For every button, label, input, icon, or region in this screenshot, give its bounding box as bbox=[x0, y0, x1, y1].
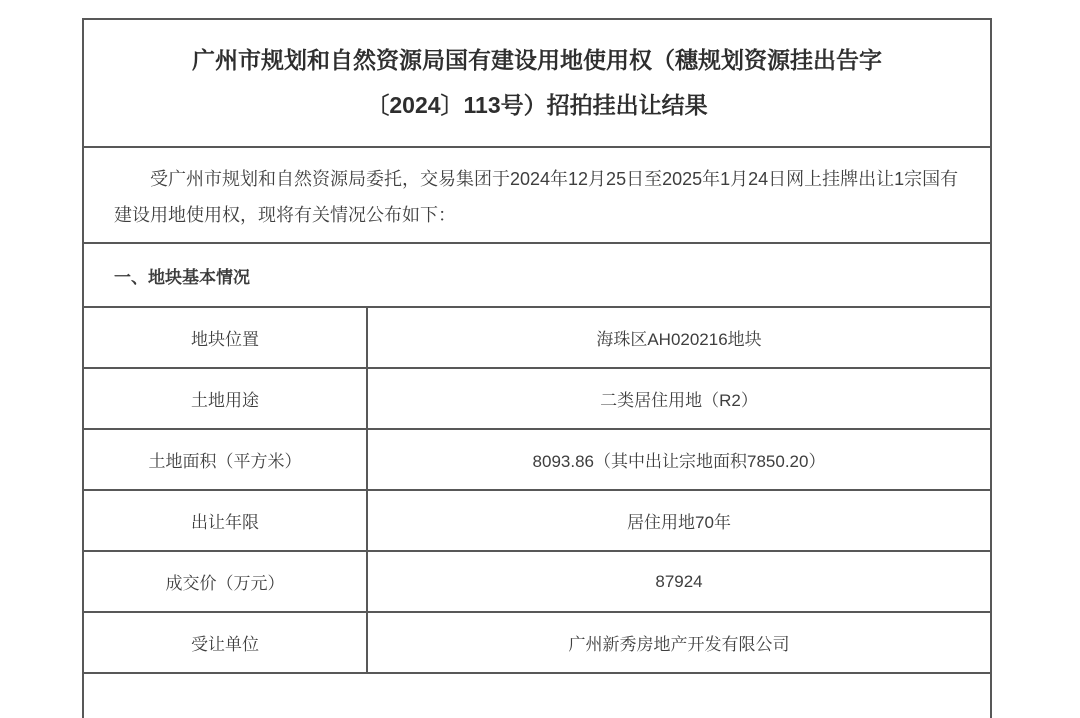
row-label: 成交价（万元） bbox=[84, 552, 368, 611]
table-row: 土地用途 二类居住用地（R2） bbox=[84, 369, 990, 430]
section-heading-text: 一、地块基本情况 bbox=[114, 263, 250, 288]
table-row: 受让单位 广州新秀房地产开发有限公司 bbox=[84, 613, 990, 674]
row-label: 地块位置 bbox=[84, 308, 368, 367]
table-row: 土地面积（平方米） 8093.86（其中出让宗地面积7850.20） bbox=[84, 430, 990, 491]
row-value: 广州新秀房地产开发有限公司 bbox=[368, 613, 990, 672]
intro-paragraph: 受广州市规划和自然资源局委托，交易集团于2024年12月25日至2025年1月2… bbox=[114, 161, 960, 233]
row-value: 二类居住用地（R2） bbox=[368, 369, 990, 428]
table-row: 成交价（万元） 87924 bbox=[84, 552, 990, 613]
announcement-document: 广州市规划和自然资源局国有建设用地使用权（穗规划资源挂出告字 〔2024〕113… bbox=[82, 18, 992, 685]
table-row: 地块位置 海珠区AH020216地块 bbox=[84, 308, 990, 369]
document-title-line2: 〔2024〕113号）招拍挂出让结果 bbox=[366, 83, 707, 128]
row-label: 受让单位 bbox=[84, 613, 368, 672]
row-label: 土地用途 bbox=[84, 369, 368, 428]
intro-section: 受广州市规划和自然资源局委托，交易集团于2024年12月25日至2025年1月2… bbox=[84, 148, 990, 244]
row-value: 居住用地70年 bbox=[368, 491, 990, 550]
document-title-line1: 广州市规划和自然资源局国有建设用地使用权（穗规划资源挂出告字 bbox=[192, 38, 882, 83]
row-value: 87924 bbox=[368, 552, 990, 611]
table-row: 出让年限 居住用地70年 bbox=[84, 491, 990, 552]
document-title: 广州市规划和自然资源局国有建设用地使用权（穗规划资源挂出告字 〔2024〕113… bbox=[84, 20, 990, 148]
land-parcel-table: 地块位置 海珠区AH020216地块 土地用途 二类居住用地（R2） 土地面积（… bbox=[84, 308, 990, 674]
section-heading: 一、地块基本情况 bbox=[84, 244, 990, 308]
row-value: 8093.86（其中出让宗地面积7850.20） bbox=[368, 430, 990, 489]
row-label: 出让年限 bbox=[84, 491, 368, 550]
row-value: 海珠区AH020216地块 bbox=[368, 308, 990, 367]
row-label: 土地面积（平方米） bbox=[84, 430, 368, 489]
